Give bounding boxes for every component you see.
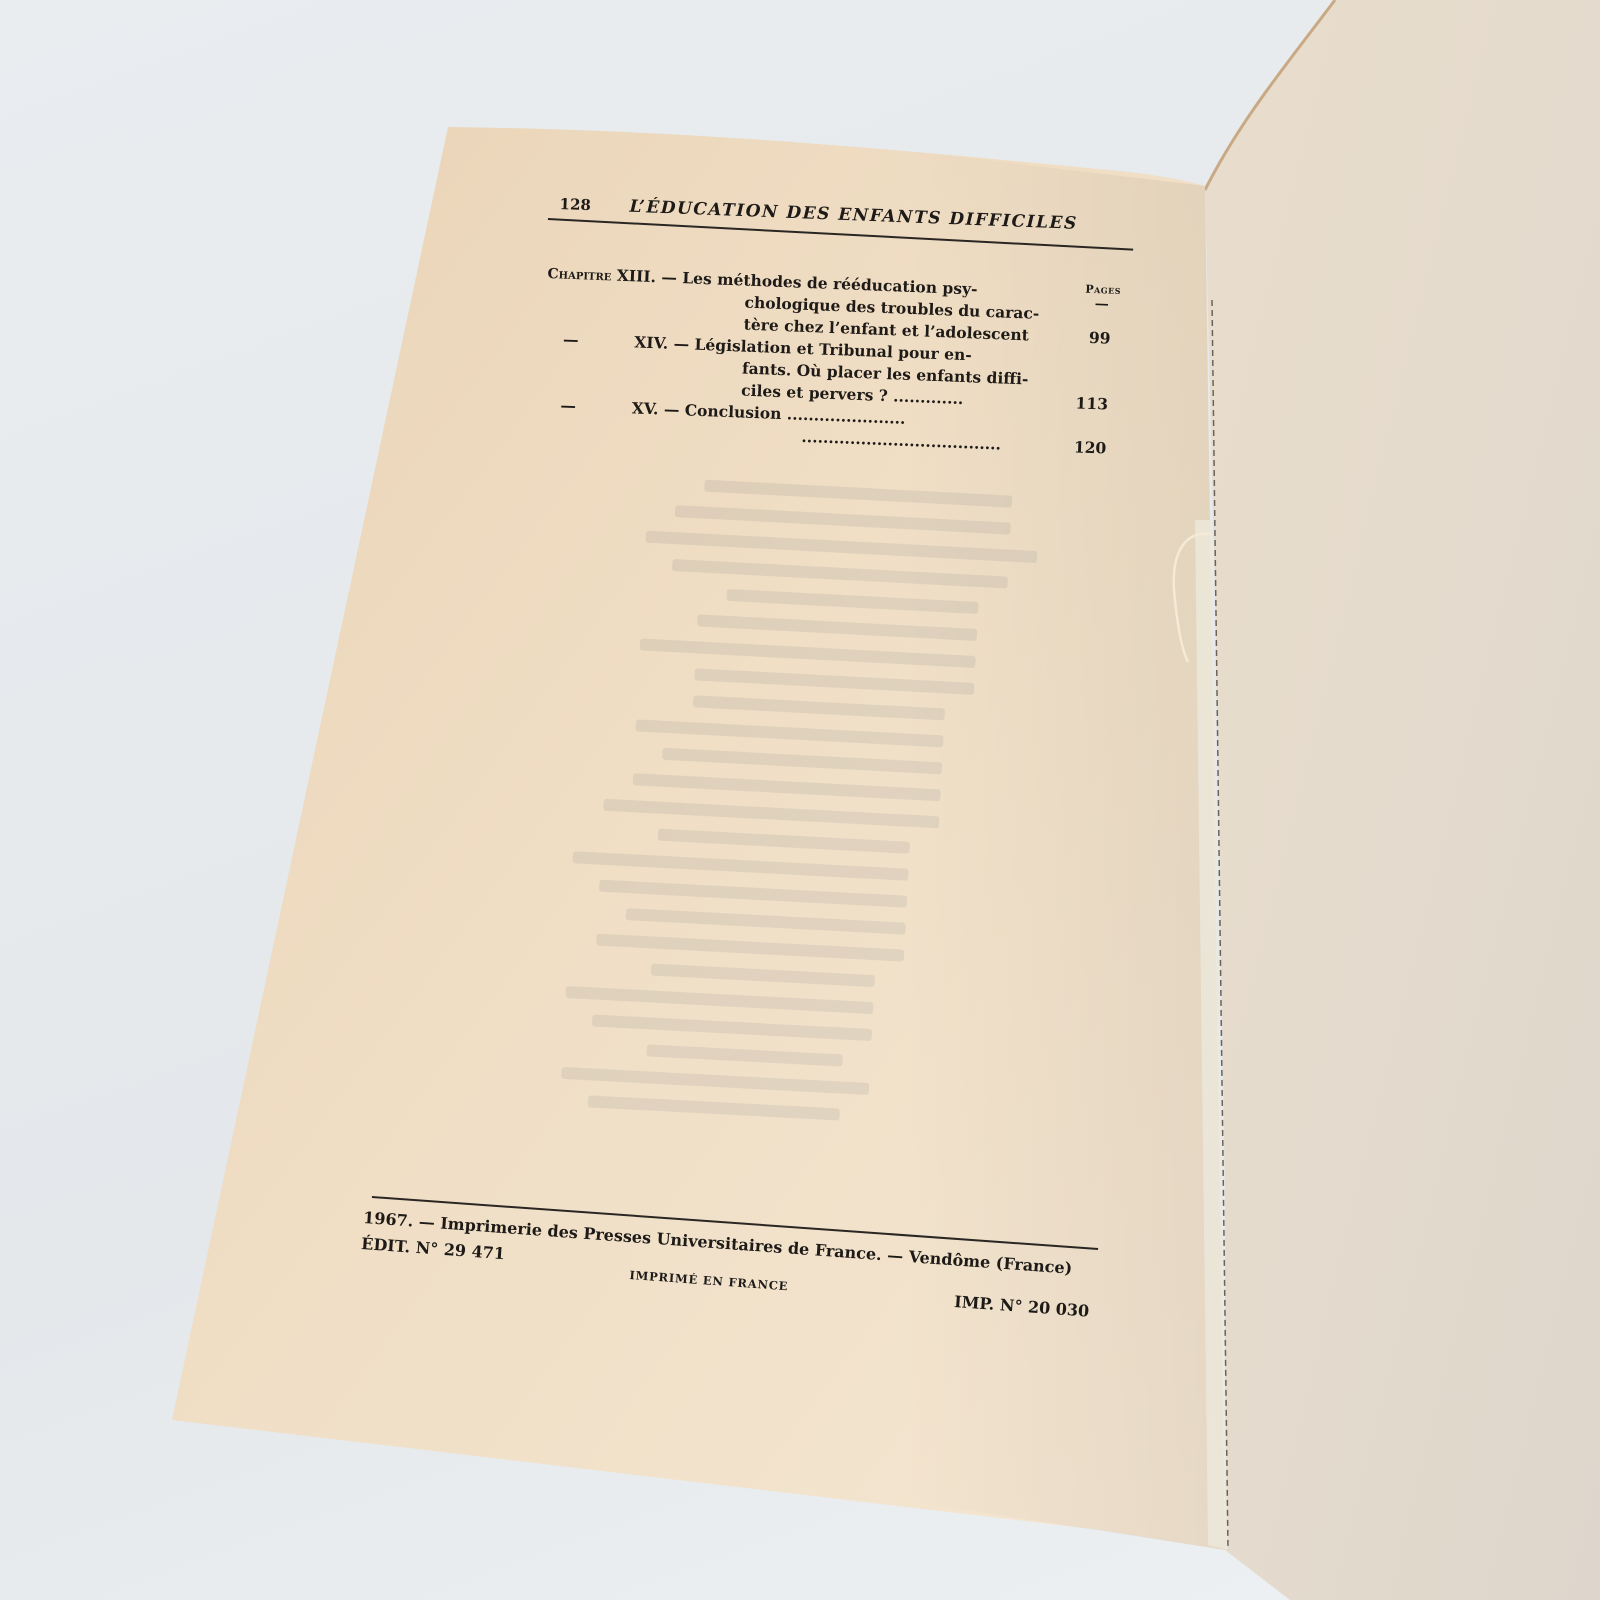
chapter-dash: — <box>673 334 689 354</box>
chapter-prefix: Chapitre <box>547 266 611 284</box>
pages-column-dash: — <box>1094 293 1109 316</box>
chapter-numeral: XIII. <box>617 266 657 286</box>
page-number: 128 <box>559 195 630 216</box>
chapter-page: 120 <box>1066 436 1107 460</box>
chapter-numeral: XIV. <box>634 332 669 352</box>
table-of-contents: Pages — Chapitre XIII. — Les méthodes de… <box>541 262 1040 457</box>
chapter-prefix: — <box>560 396 576 416</box>
chapter-dash: — <box>661 267 677 287</box>
bleed-through-text <box>503 456 1097 1147</box>
chapter-page: 113 <box>1068 392 1109 416</box>
chapter-prefix: — <box>563 330 579 350</box>
chapter-dash: — <box>664 400 680 420</box>
chapter-numeral: XV. <box>631 398 658 418</box>
chapter-page: 99 <box>1070 326 1111 350</box>
